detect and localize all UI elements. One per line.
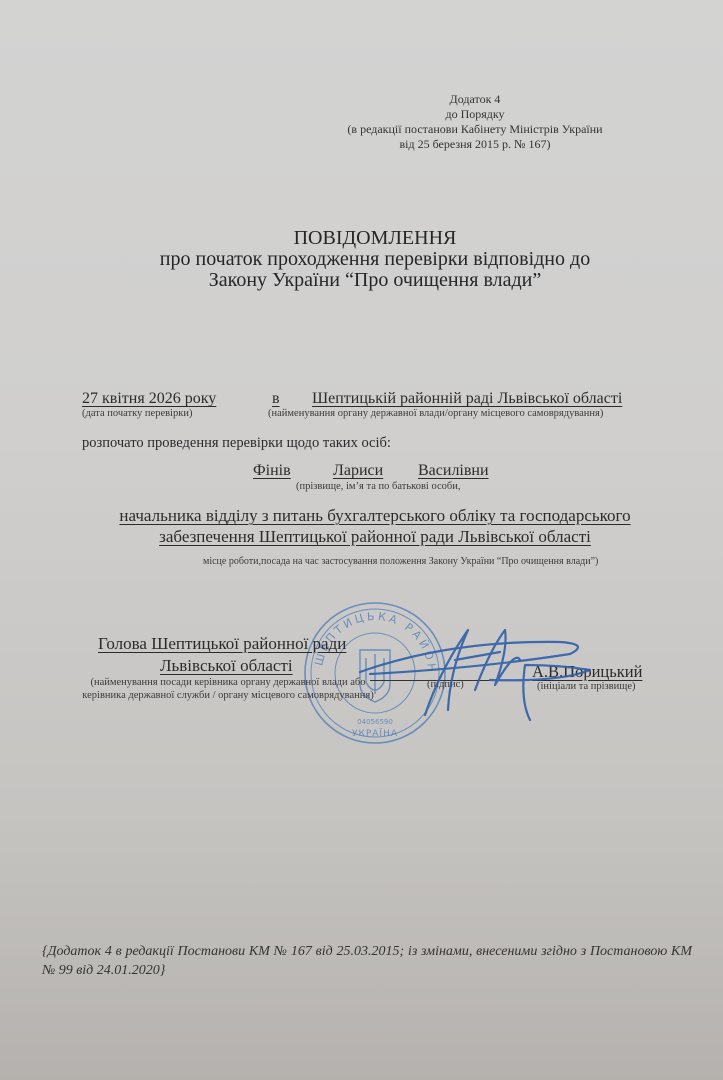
appendix-order: до Порядку xyxy=(320,107,630,122)
check-prefix: в xyxy=(272,390,280,408)
footer-amendment-note: {Додаток 4 в редакції Постанови КМ № 167… xyxy=(42,942,692,980)
person-caption: (прізвище, ім’я та по батькові особи, xyxy=(296,481,460,492)
appendix-edition: (в редакції постанови Кабінету Міністрів… xyxy=(320,122,630,137)
check-date-caption: (дата початку перевірки) xyxy=(82,408,192,419)
check-body-name: Шептицькій районній раді Львівської обла… xyxy=(312,390,622,408)
check-started-text: розпочато проведення перевірки щодо таки… xyxy=(82,435,391,452)
person-name: Лариси xyxy=(333,462,383,480)
person-surname: Фінів xyxy=(253,462,291,480)
signatory-title-line2: Львівської області xyxy=(160,656,293,676)
title-sub-1: про початок проходження перевірки відпов… xyxy=(150,249,600,270)
appendix-date: від 25 березня 2015 р. № 167) xyxy=(320,137,630,152)
title-main: ПОВІДОМЛЕННЯ xyxy=(150,228,600,249)
person-patronymic: Василівни xyxy=(418,462,489,480)
handwritten-signature-icon xyxy=(330,610,660,730)
person-position-caption: місце роботи,посада на час застосування … xyxy=(203,556,598,567)
appendix-number: Додаток 4 xyxy=(320,92,630,107)
check-date: 27 квітня 2026 року xyxy=(82,390,216,408)
person-position-line2: забезпечення Шептицької районної ради Ль… xyxy=(95,527,655,547)
appendix-header: Додаток 4 до Порядку (в редакції постано… xyxy=(320,92,630,152)
check-body-caption: (найменування органу державної влади/орг… xyxy=(268,408,603,419)
signatory-title-line1: Голова Шептицької районної ради xyxy=(98,634,346,654)
document-title: ПОВІДОМЛЕННЯ про початок проходження пер… xyxy=(150,228,600,291)
title-sub-2: Закону України “Про очищення влади” xyxy=(150,270,600,291)
person-position-line1: начальника відділу з питань бухгалтерськ… xyxy=(95,506,655,526)
